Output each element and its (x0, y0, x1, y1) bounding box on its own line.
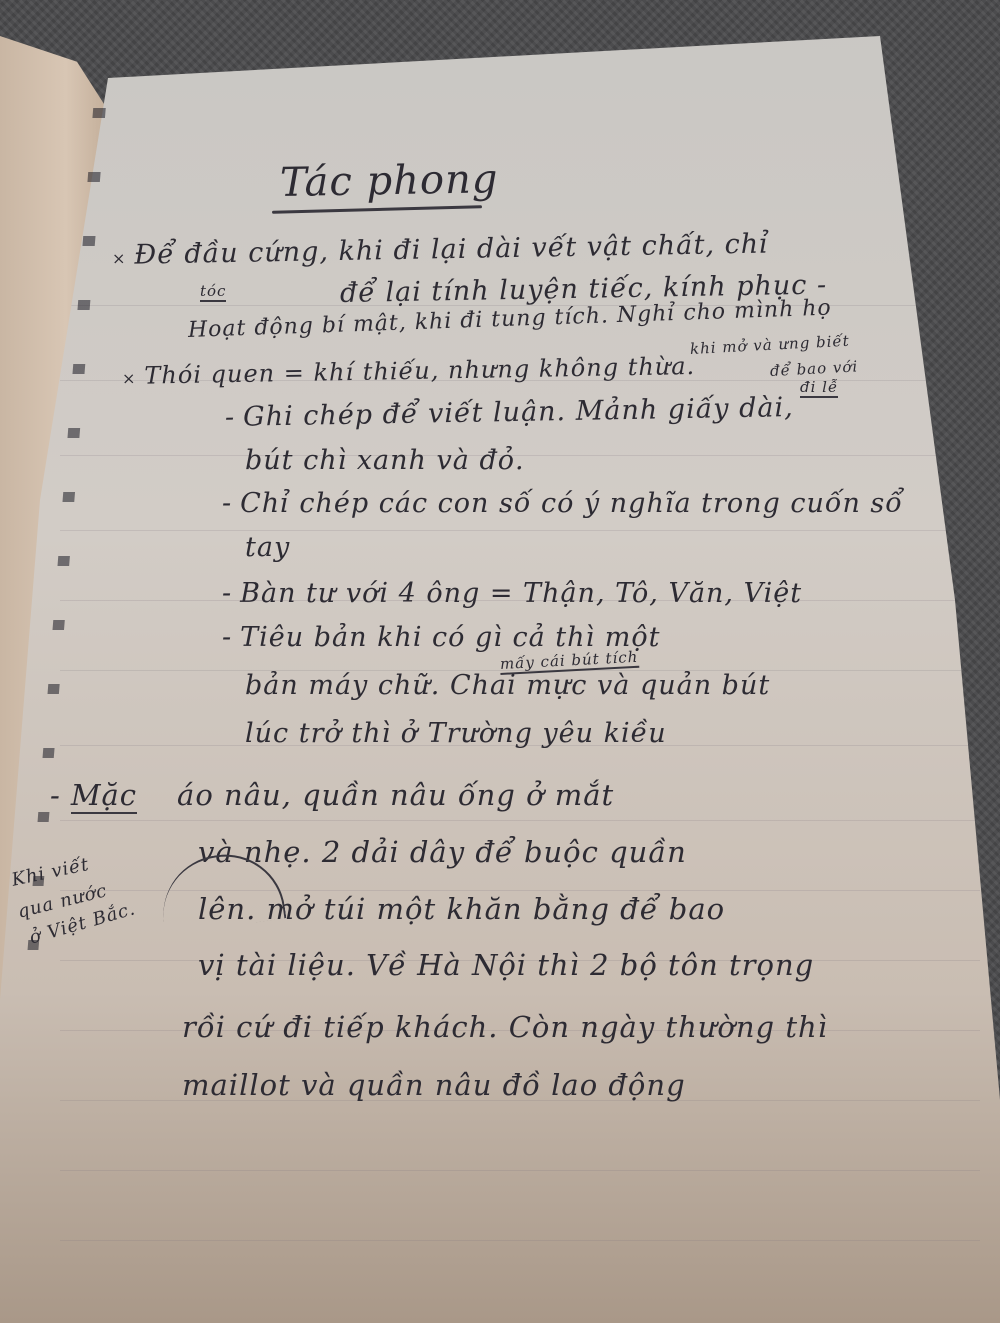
handwritten-line: -Bàn tư với 4 ông = Thận, Tô, Văn, Việt (222, 578, 802, 609)
handwritten-line: bản máy chữ. Chai mực và quản bút (245, 670, 770, 701)
dash-mark: - (222, 488, 232, 519)
dash-mark: - (50, 778, 61, 812)
page-title: Tác phong (280, 156, 499, 206)
handwritten-line: rồi cứ đi tiếp khách. Còn ngày thường th… (182, 1010, 828, 1044)
dash-mark: - (222, 622, 232, 653)
handwritten-line: lúc trở thì ở Trường yêu kiều (245, 718, 667, 749)
dash-mark: - (225, 402, 236, 433)
dash-mark: - (222, 578, 232, 609)
handwritten-line: và nhẹ. 2 dải dây để buộc quần (198, 835, 687, 869)
section-label-mac: Mặc (71, 778, 137, 814)
interlinear-note: tóc (200, 282, 226, 302)
handwritten-line: -Tiêu bản khi có gì cả thì một (222, 622, 660, 653)
handwritten-line: maillot và quần nâu đồ lao động (182, 1068, 686, 1102)
handwritten-line: bút chì xanh và đỏ. (245, 445, 525, 476)
handwritten-line: tay (245, 532, 290, 563)
margin-note-right: đi lễ (800, 378, 838, 398)
handwritten-line: lên. mở túi một khăn bằng để bao (198, 892, 725, 926)
handwritten-line: vị tài liệu. Về Hà Nội thì 2 bộ tôn trọn… (198, 948, 814, 982)
handwritten-line: -Chỉ chép các con số có ý nghĩa trong cu… (222, 488, 903, 519)
handwritten-line: -Mặcáo nâu, quần nâu ống ở mắt (50, 778, 614, 812)
bullet-mark: × (122, 369, 137, 388)
bullet-mark: × (112, 249, 127, 268)
